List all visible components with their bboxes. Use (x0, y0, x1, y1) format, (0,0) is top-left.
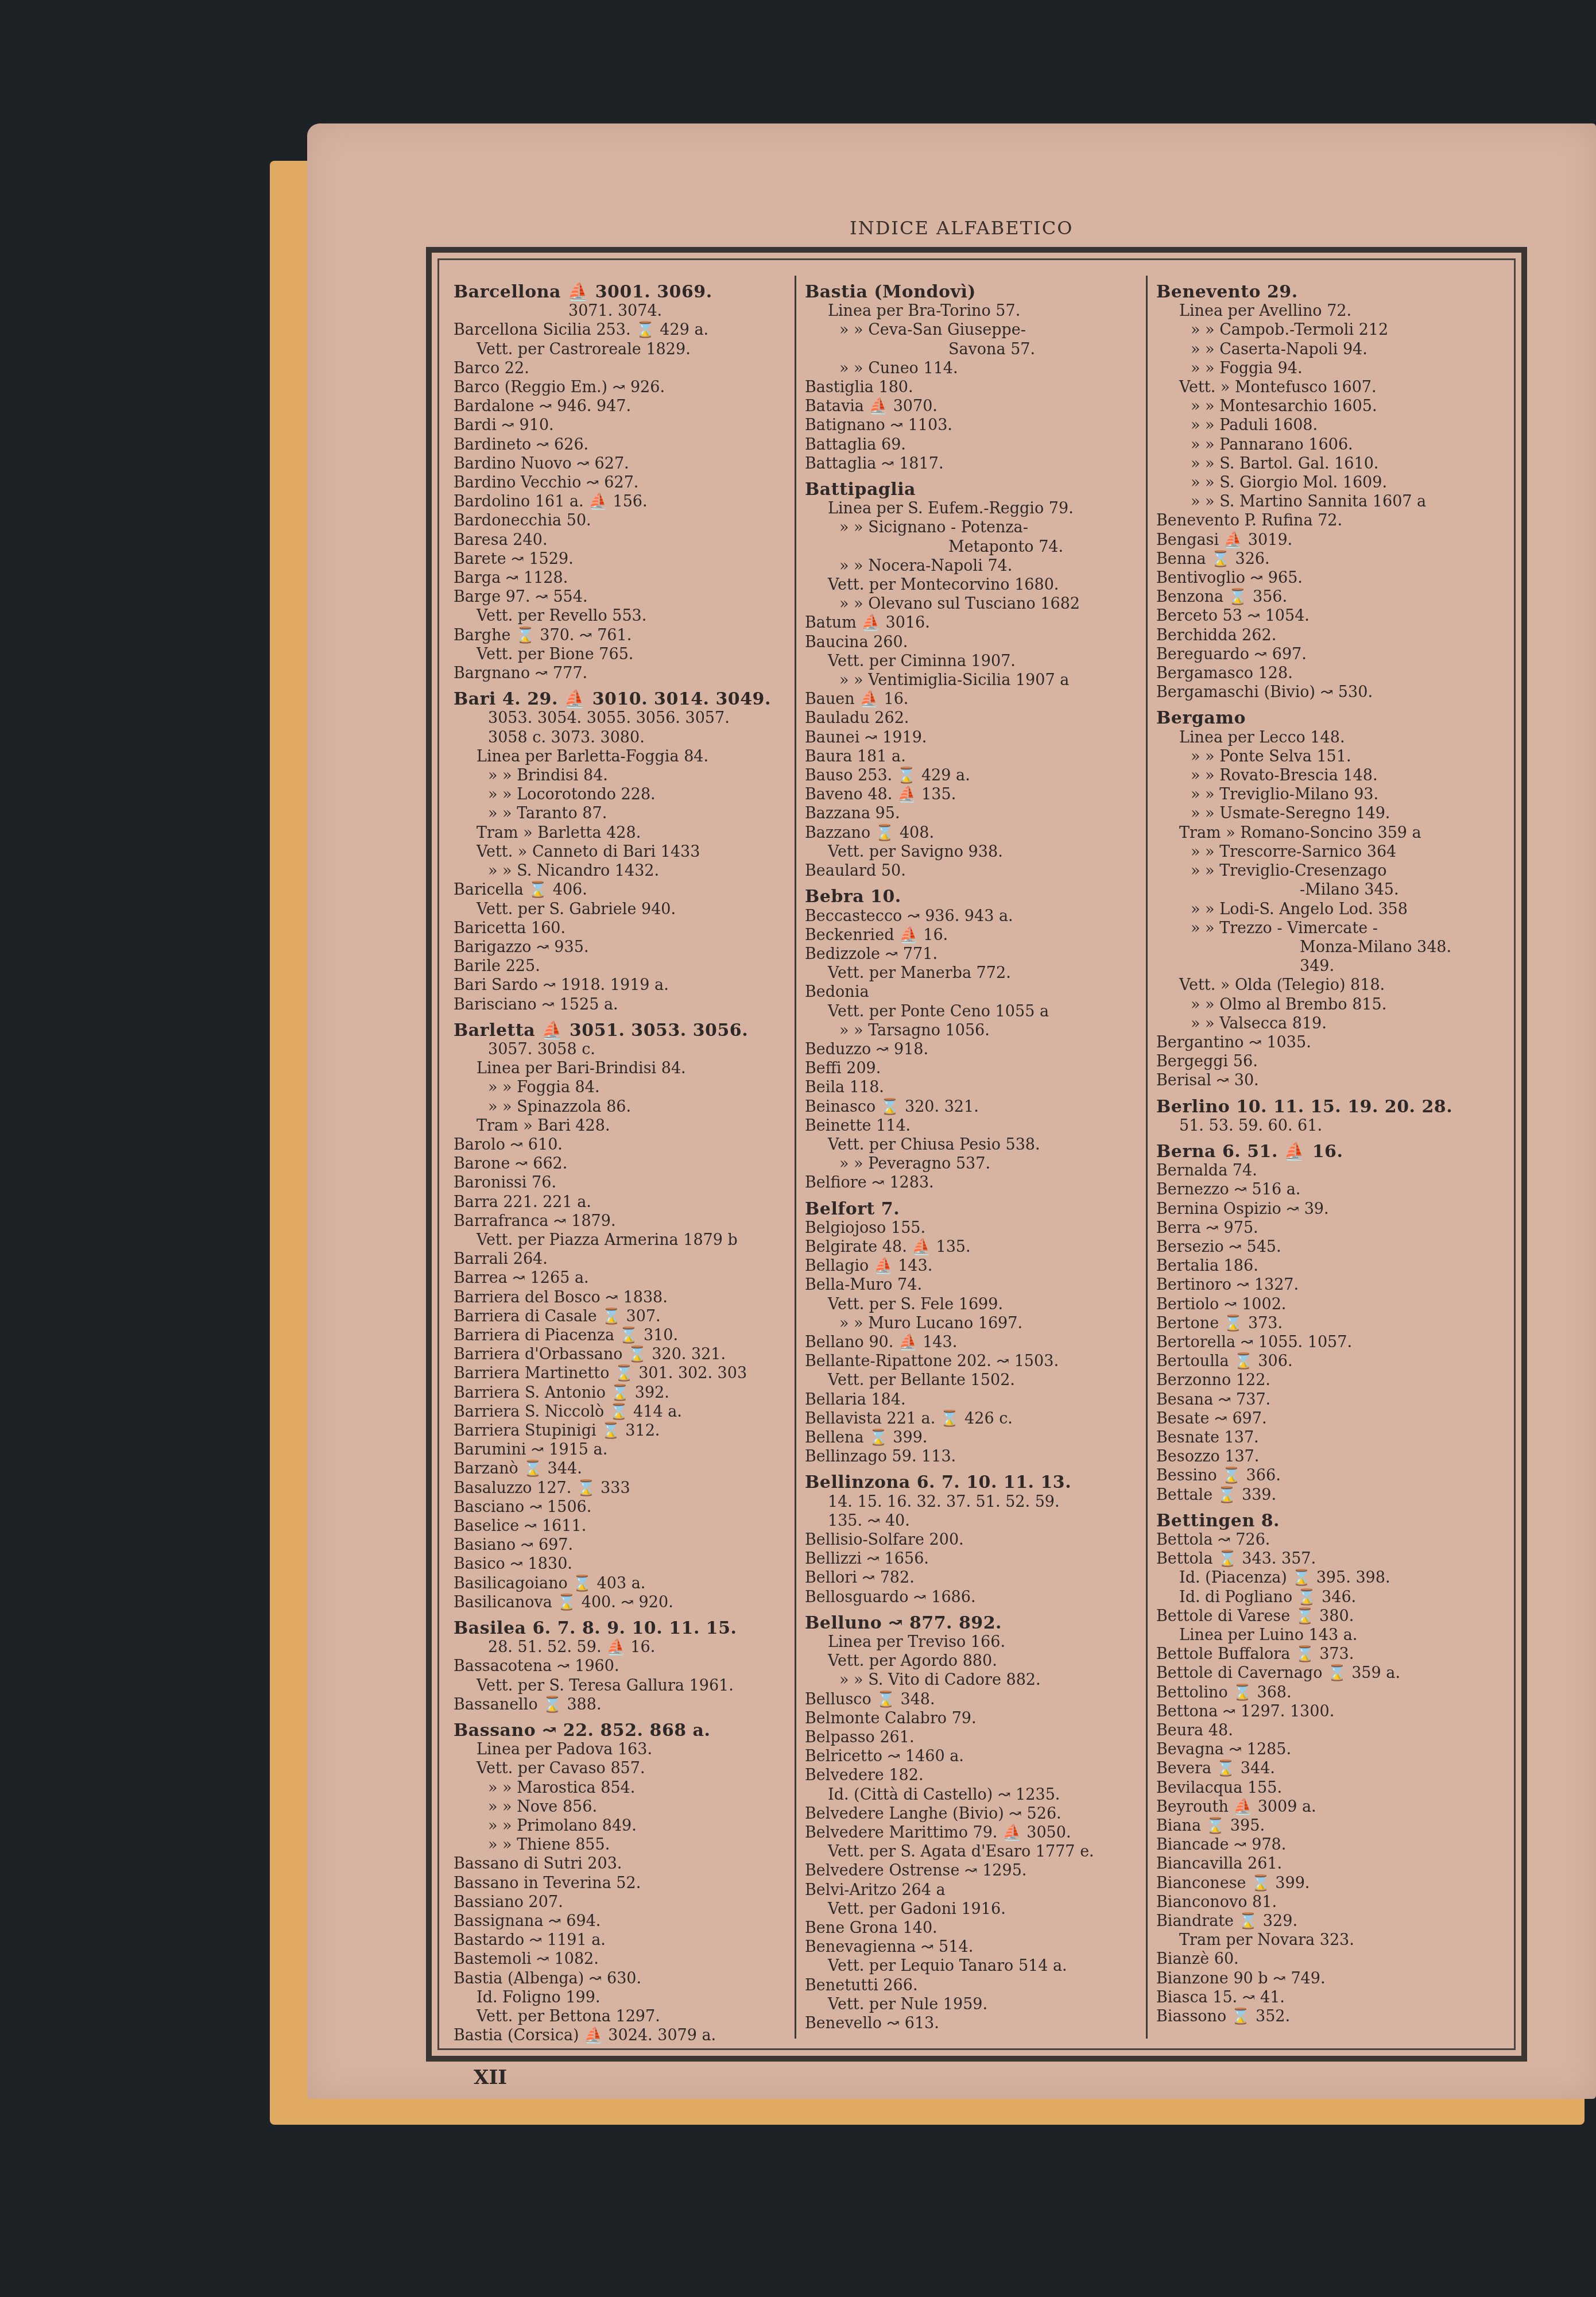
index-entry: Vett. per S. Gabriele 940. (454, 900, 795, 919)
index-entry: Vett. per Cavaso 857. (454, 1759, 795, 1778)
index-entry: » » Montesarchio 1605. (1156, 397, 1498, 416)
index-entry: Bardi ↝ 910. (454, 416, 795, 435)
index-heading: Berna 6. 51. ⛵ 16. (1156, 1142, 1498, 1161)
index-column-3: Benevento 29.Linea per Avellino 72.» » C… (1156, 283, 1498, 2026)
index-entry: Bertoulla ⌛ 306. (1156, 1352, 1498, 1371)
index-entry: Barigazzo ↝ 935. (454, 938, 795, 957)
index-entry: Vett. per Lequio Tanaro 514 a. (805, 1956, 1146, 1975)
index-entry: Bevera ⌛ 344. (1156, 1759, 1498, 1778)
index-entry: 28. 51. 52. 59. ⛵ 16. (454, 1638, 795, 1657)
index-entry: Benevento P. Rufina 72. (1156, 511, 1498, 530)
index-entry: Vett. per Castroreale 1829. (454, 340, 795, 359)
index-entry: » » Sicignano - Potenza- (805, 518, 1146, 537)
index-entry: Bernalda 74. (1156, 1161, 1498, 1180)
index-heading: Bastia (Mondovì) (805, 283, 1146, 301)
index-entry: Linea per Luino 143 a. (1156, 1626, 1498, 1645)
index-entry: Batavia ⛵ 3070. (805, 397, 1146, 416)
index-entry: » » Muro Lucano 1697. (805, 1314, 1146, 1333)
index-entry: Bassacotena ↝ 1960. (454, 1657, 795, 1676)
index-entry: Belvedere 182. (805, 1766, 1146, 1785)
index-entry: » » Trezzo - Vimercate - (1156, 919, 1498, 938)
index-entry: Barrea ↝ 1265 a. (454, 1269, 795, 1287)
index-entry: » » Treviglio-Milano 93. (1156, 785, 1498, 804)
index-entry: Bardino Vecchio ↝ 627. (454, 473, 795, 492)
index-entry: Id. (Città di Castello) ↝ 1235. (805, 1785, 1146, 1804)
index-entry: Bergeggi 56. (1156, 1052, 1498, 1071)
index-entry: Baronissi 76. (454, 1173, 795, 1192)
index-entry: Bellavista 221 a. ⌛ 426 c. (805, 1409, 1146, 1428)
index-entry: Vett. per Agordo 880. (805, 1652, 1146, 1670)
index-entry: Barriera S. Niccolò ⌛ 414 a. (454, 1402, 795, 1421)
index-entry: Vett. per Revello 553. (454, 606, 795, 625)
index-entry: » » Taranto 87. (454, 804, 795, 823)
index-entry: Bellano 90. ⛵ 143. (805, 1333, 1146, 1352)
index-entry: Bettona ↝ 1297. 1300. (1156, 1702, 1498, 1721)
index-entry: Biassono ⌛ 352. (1156, 2007, 1498, 2026)
index-entry: Bianconese ⌛ 399. (1156, 1874, 1498, 1893)
index-entry: Bellante-Ripattone 202. ↝ 1503. (805, 1352, 1146, 1371)
index-entry: Baresa 240. (454, 531, 795, 550)
index-entry: » » S. Martino Sannita 1607 a (1156, 492, 1498, 511)
index-entry: Barisciano ↝ 1525 a. (454, 995, 795, 1014)
page-header: INDICE ALFABETICO (850, 217, 1073, 239)
index-entry: Biancavilla 261. (1156, 1854, 1498, 1873)
index-entry: Barete ↝ 1529. (454, 550, 795, 569)
index-entry: » » Usmate-Seregno 149. (1156, 804, 1498, 823)
index-entry: Batum ⛵ 3016. (805, 613, 1146, 632)
index-entry: Linea per Bari-Brindisi 84. (454, 1059, 795, 1078)
index-entry: 3058 c. 3073. 3080. (454, 728, 795, 747)
index-entry: Barrafranca ↝ 1879. (454, 1212, 795, 1231)
index-entry: Barrali 264. (454, 1250, 795, 1269)
index-entry: Berzonno 122. (1156, 1371, 1498, 1390)
index-entry: » » Ceva-San Giuseppe- (805, 320, 1146, 339)
index-entry: Bassano in Teverina 52. (454, 1874, 795, 1893)
index-entry: Barriera Stupinigi ⌛ 312. (454, 1421, 795, 1440)
index-entry: Barumini ↝ 1915 a. (454, 1440, 795, 1459)
index-entry: Linea per Lecco 148. (1156, 728, 1498, 747)
index-entry: Basilicagoiano ⌛ 403 a. (454, 1574, 795, 1593)
index-entry: Bari Sardo ↝ 1918. 1919 a. (454, 976, 795, 995)
index-entry: Baura 181 a. (805, 747, 1146, 766)
index-entry: Baricella ⌛ 406. (454, 880, 795, 899)
index-entry: » » S. Nicandro 1432. (454, 861, 795, 880)
index-entry: Bardolino 161 a. ⛵ 156. (454, 492, 795, 511)
index-entry: Biandrate ⌛ 329. (1156, 1912, 1498, 1931)
index-entry: Bardineto ↝ 626. (454, 435, 795, 454)
index-frame: Barcellona ⛵ 3001. 3069.3071. 3074.Barce… (426, 247, 1527, 2062)
index-entry: Baunei ↝ 1919. (805, 728, 1146, 747)
index-entry: Vett. per Bellante 1502. (805, 1371, 1146, 1390)
index-entry: Barcellona Sicilia 253. ⌛ 429 a. (454, 320, 795, 339)
index-entry: Bellinzago 59. 113. (805, 1447, 1146, 1466)
index-entry: » » Valsecca 819. (1156, 1014, 1498, 1033)
index-heading: Belluno ↝ 877. 892. (805, 1614, 1146, 1633)
index-entry: Vett. per Piazza Armerina 1879 b (454, 1231, 795, 1250)
index-entry: » » Campob.-Termoli 212 (1156, 320, 1498, 339)
index-entry: » » Rovato-Brescia 148. (1156, 766, 1498, 785)
index-entry: » » Nocera-Napoli 74. (805, 556, 1146, 575)
index-entry: Barriera d'Orbassano ⌛ 320. 321. (454, 1345, 795, 1364)
index-entry: Bevagna ↝ 1285. (1156, 1740, 1498, 1759)
index-entry: Linea per Treviso 166. (805, 1633, 1146, 1652)
index-entry: Bellisio-Solfare 200. (805, 1530, 1146, 1549)
index-entry: Basiano ↝ 697. (454, 1536, 795, 1554)
index-entry: Beckenried ⛵ 16. (805, 926, 1146, 945)
index-entry: Bianzè 60. (1156, 1950, 1498, 1969)
index-heading: Barletta ⛵ 3051. 3053. 3056. (454, 1021, 795, 1040)
index-entry: Basaluzzo 127. ⌛ 333 (454, 1479, 795, 1498)
index-heading: Bari 4. 29. ⛵ 3010. 3014. 3049. (454, 690, 795, 709)
index-entry: Barco 22. (454, 359, 795, 378)
index-entry: Beura 48. (1156, 1721, 1498, 1740)
index-entry: » » Pannarano 1606. (1156, 435, 1498, 454)
index-entry: Bastia (Albenga) ↝ 630. (454, 1969, 795, 1988)
index-entry: Bellosguardo ↝ 1686. (805, 1588, 1146, 1607)
index-entry: Bianzone 90 b ↝ 749. (1156, 1969, 1498, 1988)
index-entry: Monza-Milano 348. (1156, 938, 1498, 957)
index-entry: Bastemoli ↝ 1082. (454, 1950, 795, 1969)
index-heading: Battipaglia (805, 480, 1146, 499)
index-entry: Beila 118. (805, 1078, 1146, 1097)
index-entry: Battaglia 69. (805, 435, 1146, 454)
index-heading: Barcellona ⛵ 3001. 3069. (454, 283, 795, 301)
index-entry: Bettole di Cavernago ⌛ 359 a. (1156, 1664, 1498, 1683)
index-entry: Belvi-Aritzo 264 a (805, 1881, 1146, 1900)
index-entry: Bereguardo ↝ 697. (1156, 645, 1498, 664)
index-entry: » » Tarsagno 1056. (805, 1021, 1146, 1040)
index-entry: » » Olmo al Brembo 815. (1156, 995, 1498, 1014)
index-entry: Tram per Novara 323. (1156, 1931, 1498, 1950)
index-entry: » » Olevano sul Tusciano 1682 (805, 594, 1146, 613)
index-entry: Barge 97. ↝ 554. (454, 587, 795, 606)
index-heading: Bergamo (1156, 709, 1498, 728)
index-entry: Barco (Reggio Em.) ↝ 926. (454, 378, 795, 397)
page-number: XII (474, 2066, 507, 2089)
index-entry: Barriera di Piacenza ⌛ 310. (454, 1326, 795, 1345)
index-entry: Vett. » Montefusco 1607. (1156, 378, 1498, 397)
index-entry: Bellusco ⌛ 348. (805, 1690, 1146, 1709)
index-heading: Benevento 29. (1156, 283, 1498, 301)
index-entry: » » Treviglio-Cresenzago (1156, 861, 1498, 880)
index-entry: Bevilacqua 155. (1156, 1778, 1498, 1797)
index-entry: Barga ↝ 1128. (454, 569, 795, 587)
index-entry: Bazzana 95. (805, 804, 1146, 823)
index-entry: » » Paduli 1608. (1156, 416, 1498, 435)
index-entry: Bertalia 186. (1156, 1256, 1498, 1275)
index-entry: » » Thiene 855. (454, 1835, 795, 1854)
index-entry: Beyrouth ⛵ 3009 a. (1156, 1797, 1498, 1816)
index-entry: Barriera S. Antonio ⌛ 392. (454, 1383, 795, 1402)
index-entry: Berra ↝ 975. (1156, 1219, 1498, 1238)
index-entry: Berchidda 262. (1156, 626, 1498, 645)
index-entry: Bellaria 184. (805, 1390, 1146, 1409)
index-entry: Bastia (Corsica) ⛵ 3024. 3079 a. (454, 2026, 795, 2045)
index-entry: Bauso 253. ⌛ 429 a. (805, 766, 1146, 785)
index-entry: Bastardo ↝ 1191 a. (454, 1931, 795, 1950)
index-entry: Bellena ⌛ 399. (805, 1428, 1146, 1447)
index-entry: » » Foggia 94. (1156, 359, 1498, 378)
index-entry: Barriera del Bosco ↝ 1838. (454, 1288, 795, 1307)
index-entry: Bessino ⌛ 366. (1156, 1466, 1498, 1485)
index-entry: Savona 57. (805, 340, 1146, 359)
index-entry: Barriera di Casale ⌛ 307. (454, 1307, 795, 1326)
index-entry: Bellizzi ↝ 1656. (805, 1549, 1146, 1568)
index-entry: Baselice ↝ 1611. (454, 1517, 795, 1536)
index-entry: Belgiojoso 155. (805, 1219, 1146, 1238)
index-heading: Bebra 10. (805, 887, 1146, 906)
index-entry: Vett. per S. Agata d'Esaro 1777 e. (805, 1842, 1146, 1861)
index-entry: » » S. Bartol. Gal. 1610. (1156, 454, 1498, 473)
index-entry: » » Brindisi 84. (454, 766, 795, 785)
index-entry: Id. di Pogliano ⌛ 346. (1156, 1588, 1498, 1607)
index-entry: Linea per Bra-Torino 57. (805, 301, 1146, 320)
index-entry: Batignano ↝ 1103. (805, 416, 1146, 435)
index-entry: Beduzzo ↝ 918. (805, 1040, 1146, 1059)
index-heading: Bettingen 8. (1156, 1511, 1498, 1530)
index-entry: Bargnano ↝ 777. (454, 664, 795, 683)
index-heading: Bassano ↝ 22. 852. 868 a. (454, 1721, 795, 1740)
index-entry: Bentivoglio ↝ 965. (1156, 569, 1498, 587)
index-entry: » » Caserta-Napoli 94. (1156, 340, 1498, 359)
index-entry: Bardalone ↝ 946. 947. (454, 397, 795, 416)
index-entry: Belvedere Marittimo 79. ⛵ 3050. (805, 1823, 1146, 1842)
index-entry: Metaponto 74. (805, 537, 1146, 556)
index-entry: Barolo ↝ 610. (454, 1135, 795, 1154)
index-entry: Vett. per Ciminna 1907. (805, 652, 1146, 671)
index-entry: Baveno 48. ⛵ 135. (805, 785, 1146, 804)
index-entry: Baucina 260. (805, 633, 1146, 652)
index-entry: Basico ↝ 1830. (454, 1554, 795, 1573)
index-entry: Vett. per Manerba 772. (805, 964, 1146, 983)
index-entry: » » Foggia 84. (454, 1078, 795, 1097)
index-entry: Besate ↝ 697. (1156, 1409, 1498, 1428)
index-entry: 3057. 3058 c. (454, 1040, 795, 1059)
index-entry: Bertiolo ↝ 1002. (1156, 1295, 1498, 1314)
index-entry: Beinasco ⌛ 320. 321. (805, 1097, 1146, 1116)
index-entry: Bedizzole ↝ 771. (805, 945, 1146, 964)
index-entry: Bettolino ⌛ 368. (1156, 1683, 1498, 1702)
index-entry: » » Trescorre-Sarnico 364 (1156, 842, 1498, 861)
index-entry: Beccastecco ↝ 936. 943 a. (805, 907, 1146, 926)
index-entry: Battaglia ↝ 1817. (805, 454, 1146, 473)
index-entry: Beaulard 50. (805, 861, 1146, 880)
index-entry: Berceto 53 ↝ 1054. (1156, 606, 1498, 625)
index-entry: Vett. per Gadoni 1916. (805, 1900, 1146, 1919)
index-entry: Belmonte Calabro 79. (805, 1709, 1146, 1728)
index-entry: Benna ⌛ 326. (1156, 550, 1498, 569)
index-entry: Bertorella ↝ 1055. 1057. (1156, 1333, 1498, 1352)
index-entry: » » Lodi-S. Angelo Lod. 358 (1156, 900, 1498, 919)
index-entry: » » Locorotondo 228. (454, 785, 795, 804)
index-entry: Vett. per S. Fele 1699. (805, 1295, 1146, 1314)
index-entry: 3071. 3074. (454, 301, 795, 320)
index-entry: Vett. per S. Teresa Gallura 1961. (454, 1676, 795, 1695)
index-entry: Linea per Padova 163. (454, 1740, 795, 1759)
index-entry: » » Peveragno 537. (805, 1154, 1146, 1173)
index-entry: Bauen ⛵ 16. (805, 690, 1146, 709)
index-entry: Bettola ↝ 726. (1156, 1530, 1498, 1549)
index-entry: Vett. per Montecorvino 1680. (805, 575, 1146, 594)
index-entry: Bertinoro ↝ 1327. (1156, 1275, 1498, 1294)
index-entry: » » Ventimiglia-Sicilia 1907 a (805, 671, 1146, 690)
index-entry: Bassiano 207. (454, 1893, 795, 1912)
index-entry: Bersezio ↝ 545. (1156, 1238, 1498, 1256)
index-entry: Bengasi ⛵ 3019. (1156, 531, 1498, 550)
index-entry: Bassignana ↝ 694. (454, 1912, 795, 1931)
index-entry: Berisal ↝ 30. (1156, 1071, 1498, 1090)
index-entry: Bella-Muro 74. (805, 1275, 1146, 1294)
index-entry: Barone ↝ 662. (454, 1154, 795, 1173)
index-entry: Id. (Piacenza) ⌛ 395. 398. (1156, 1568, 1498, 1587)
index-entry: » » Cuneo 114. (805, 359, 1146, 378)
index-entry: Vett. per Savigno 938. (805, 842, 1146, 861)
index-entry: 135. ↝ 40. (805, 1511, 1146, 1530)
index-entry: Belvedere Ostrense ↝ 1295. (805, 1861, 1146, 1880)
index-entry: Barile 225. (454, 957, 795, 976)
index-entry: Biasca 15. ↝ 41. (1156, 1988, 1498, 2007)
index-entry: Basilicanova ⌛ 400. ↝ 920. (454, 1593, 795, 1612)
index-entry: 349. (1156, 957, 1498, 976)
index-heading: Bellinzona 6. 7. 10. 11. 13. (805, 1473, 1146, 1492)
index-entry: -Milano 345. (1156, 880, 1498, 899)
index-column-1: Barcellona ⛵ 3001. 3069.3071. 3074.Barce… (454, 283, 795, 2045)
index-entry: Barzanò ⌛ 344. (454, 1459, 795, 1478)
index-entry: Benetutti 266. (805, 1976, 1146, 1995)
index-entry: Baricetta 160. (454, 919, 795, 938)
index-entry: Tram » Bari 428. (454, 1116, 795, 1135)
index-entry: Bassanello ⌛ 388. (454, 1695, 795, 1714)
index-entry: Vett. per Bettona 1297. (454, 2007, 795, 2026)
index-entry: Tram » Romano-Soncino 359 a (1156, 823, 1498, 842)
index-entry: Bianconovo 81. (1156, 1893, 1498, 1912)
index-entry: Bazzano ⌛ 408. (805, 823, 1146, 842)
index-entry: Bergamaschi (Bivio) ↝ 530. (1156, 683, 1498, 702)
index-entry: Basciano ↝ 1506. (454, 1498, 795, 1517)
index-entry: Vett. per Nule 1959. (805, 1995, 1146, 2014)
index-entry: Linea per Barletta-Foggia 84. (454, 747, 795, 766)
index-entry: Bettola ⌛ 343. 357. (1156, 1549, 1498, 1568)
index-entry: Bernezzo ↝ 516 a. (1156, 1180, 1498, 1199)
index-entry: Bettole Buffalora ⌛ 373. (1156, 1645, 1498, 1664)
index-entry: » » Ponte Selva 151. (1156, 747, 1498, 766)
index-entry: Belricetto ↝ 1460 a. (805, 1747, 1146, 1766)
index-entry: Bardonecchia 50. (454, 511, 795, 530)
index-entry: Benevagienna ↝ 514. (805, 1938, 1146, 1956)
index-entry: Bedonia (805, 983, 1146, 1001)
index-entry: Bardino Nuovo ↝ 627. (454, 454, 795, 473)
index-entry: » » Spinazzola 86. (454, 1097, 795, 1116)
index-entry: » » Primolano 849. (454, 1816, 795, 1835)
index-entry: Vett. per Bione 765. (454, 645, 795, 664)
index-entry: Besozzo 137. (1156, 1447, 1498, 1466)
index-entry: Bergantino ↝ 1035. (1156, 1033, 1498, 1052)
index-entry: 14. 15. 16. 32. 37. 51. 52. 59. (805, 1492, 1146, 1511)
index-entry: Bellagio ⛵ 143. (805, 1256, 1146, 1275)
index-heading: Belfort 7. (805, 1200, 1146, 1219)
index-entry: Linea per S. Eufem.-Reggio 79. (805, 499, 1146, 518)
index-entry: » » S. Giorgio Mol. 1609. (1156, 473, 1498, 492)
index-entry: Biana ⌛ 395. (1156, 1816, 1498, 1835)
index-entry: Bastiglia 180. (805, 378, 1146, 397)
index-entry: Benzona ⌛ 356. (1156, 587, 1498, 606)
index-entry: Vett. » Canneto di Bari 1433 (454, 842, 795, 861)
index-entry: » » Nove 856. (454, 1797, 795, 1816)
index-entry: Belgirate 48. ⛵ 135. (805, 1238, 1146, 1256)
index-entry: Linea per Avellino 72. (1156, 301, 1498, 320)
index-entry: Vett. per Ponte Ceno 1055 a (805, 1002, 1146, 1021)
index-entry: Barriera Martinetto ⌛ 301. 302. 303 (454, 1364, 795, 1383)
index-entry: Beinette 114. (805, 1116, 1146, 1135)
index-entry: Bettale ⌛ 339. (1156, 1486, 1498, 1505)
index-entry: Belpasso 261. (805, 1728, 1146, 1747)
index-entry: Besana ↝ 737. (1156, 1390, 1498, 1409)
index-entry: 3053. 3054. 3055. 3056. 3057. (454, 709, 795, 728)
index-entry: Biancade ↝ 978. (1156, 1835, 1498, 1854)
index-entry: Bernina Ospizio ↝ 39. (1156, 1200, 1498, 1219)
index-heading: Berlino 10. 11. 15. 19. 20. 28. (1156, 1097, 1498, 1116)
index-entry: Vett. per Chiusa Pesio 538. (805, 1135, 1146, 1154)
index-entry: Bertone ⌛ 373. (1156, 1314, 1498, 1333)
index-entry: 51. 53. 59. 60. 61. (1156, 1116, 1498, 1135)
index-entry: Benevello ↝ 613. (805, 2014, 1146, 2033)
index-entry: Vett. » Olda (Telegio) 818. (1156, 976, 1498, 995)
index-entry: Tram » Barletta 428. (454, 823, 795, 842)
index-entry: Beffi 209. (805, 1059, 1146, 1078)
index-column-2: Bastia (Mondovì)Linea per Bra-Torino 57.… (805, 283, 1146, 2033)
index-entry: Bauladu 262. (805, 709, 1146, 728)
index-entry: Belfiore ↝ 1283. (805, 1173, 1146, 1192)
index-entry: Besnate 137. (1156, 1428, 1498, 1447)
index-entry: Id. Foligno 199. (454, 1988, 795, 2007)
index-entry: Barra 221. 221 a. (454, 1193, 795, 1212)
index-entry: Bettole di Varese ⌛ 380. (1156, 1607, 1498, 1626)
index-heading: Basilea 6. 7. 8. 9. 10. 11. 15. (454, 1619, 795, 1638)
index-entry: Bassano di Sutri 203. (454, 1854, 795, 1873)
index-entry: Bene Grona 140. (805, 1919, 1146, 1938)
index-entry: Belvedere Langhe (Bivio) ↝ 526. (805, 1804, 1146, 1823)
index-entry: » » Marostica 854. (454, 1778, 795, 1797)
index-entry: » » S. Vito di Cadore 882. (805, 1670, 1146, 1689)
index-entry: Bellori ↝ 782. (805, 1568, 1146, 1587)
index-entry: Bergamasco 128. (1156, 664, 1498, 683)
index-entry: Barghe ⌛ 370. ↝ 761. (454, 626, 795, 645)
